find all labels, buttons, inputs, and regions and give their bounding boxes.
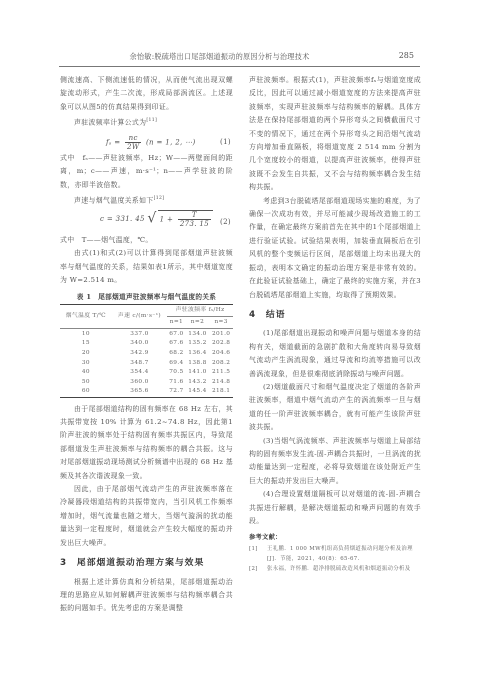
conclusion-item: (2)烟道截面尺寸和烟气温度决定了烟道的各阶声驻波频率，烟道中烟气流动产生的涡流… — [249, 381, 421, 435]
paragraph: 考虑到3台脱硫塔尾部烟道现场实施的难度，为了确保一次成功有效，并尽可能减少现场改… — [249, 195, 421, 302]
paragraph: 声速与烟气温度关系如下[12] — [60, 192, 233, 208]
symbol-definitions: 式中 fₛ——声驻波频率，Hz；W——两壁面间的距离，m；c——声速，m·s⁻¹… — [60, 152, 233, 192]
paragraph: 侧流速高、下侧流速低的情况，从而使气流出现双螺旋流动形式，产生二次流，形成局部涡… — [60, 74, 233, 114]
references-heading: 参考文献： — [249, 532, 421, 544]
table-row: 10337.067.0134.0201.0 — [60, 329, 233, 339]
table-row: 15340.067.6135.2202.8 — [60, 339, 233, 349]
running-header: 余怡敏:脱硫塔出口尾部烟道振动的原因分析与治理技术 285 — [59, 50, 420, 67]
paragraph: 由于尾部烟道结构的固有频率在 68 Hz 左右，其共振带宽按 10% 计算为 6… — [60, 403, 233, 483]
citation: [11] — [146, 118, 157, 123]
table-row: 20342.968.2136.4204.6 — [60, 349, 233, 359]
table-row: 40354.470.5141.0211.5 — [60, 368, 233, 378]
left-column: 侧流速高、下侧流速低的情况，从而使气流出现双螺旋流动形式，产生二次流，形成局部涡… — [60, 74, 233, 616]
column-group-header: 声驻波频率 fₛ/Hz — [167, 305, 233, 317]
table-row: 30348.769.4138.8208.2 — [60, 358, 233, 368]
equation-number: (2) — [220, 216, 231, 229]
column-header: n=3 — [209, 317, 233, 329]
column-header: n=2 — [186, 317, 210, 329]
data-table: 烟气温度 T/℃ 声速 c/(m·s⁻¹) 声驻波频率 fₛ/Hz n=1 n=… — [60, 304, 233, 397]
conclusion-item: (1)尾部烟道出现振动和噪声问题与烟道本身的结构有关，烟道截面的急剧扩散和大角度… — [249, 327, 421, 381]
section-heading: 3 尾部烟道振动治理方案与效果 — [60, 557, 233, 570]
paragraph: 声驻波频率。根据式(1)，声驻波频率fₛ与烟道宽度成反比，因此可以通过减小烟道宽… — [249, 74, 421, 195]
reference-item: [2] 张永福，许怀鹏．超净排脱硫改造风机和烟道振动分析及 — [249, 564, 421, 574]
symbol-definitions: 式中 T——烟气温度，℃。 — [60, 234, 233, 247]
right-column: 声驻波频率。根据式(1)，声驻波频率fₛ与烟道宽度成反比，因此可以通过减小烟道宽… — [249, 74, 421, 574]
sqrt-symbol: √ — [147, 210, 156, 226]
column-header: n=1 — [167, 317, 185, 329]
equation-2: c = 331. 45 √ 1 + T 273. 15 (2) — [60, 209, 233, 233]
citation: [12] — [154, 196, 165, 201]
reference-item: [1] 王礼鹏．1 000 MW机组高负荷烟道振动问题分析及治理[J]．节能，2… — [249, 544, 421, 564]
running-title: 余怡敏:脱硫塔出口尾部烟道振动的原因分析与治理技术 — [59, 52, 380, 62]
equation-1: fₛ = nc 2W (n = 1, 2, ⋯) (1) — [60, 131, 233, 151]
page-number: 285 — [399, 51, 414, 60]
table-caption: 表 1 尾部烟道声驻波频率与烟气温度的关系 — [60, 291, 233, 303]
paragraph: 由式(1)和式(2)可以计算得到尾部烟道声驻波频率与烟气温度的关系，结果如表1所… — [60, 247, 233, 287]
table-row: 50360.071.6143.2214.8 — [60, 377, 233, 387]
section-heading: 4 结语 — [249, 309, 421, 322]
paragraph: 根据上述计算仿真和分析结果，尾部烟道振动治理的思路应从如何解耦声驻波频率与结构频… — [60, 576, 233, 616]
conclusion-item: (4)合理设置烟道隔板可以对烟道的流-固-声耦合共振进行解耦，是解决烟道振动和噪… — [249, 488, 421, 528]
equation-number: (1) — [220, 136, 231, 149]
paragraph: 声驻波频率计算公式为[11] — [60, 114, 233, 130]
conclusion-item: (3)当烟气涡流频率、声驻波频率与烟道上局部结构的固有频率发生流-固-声耦合共振… — [249, 435, 421, 489]
paragraph: 因此，由于尾部烟气流动产生的声驻波频率落在冷凝器段烟道结构的共振带宽内，当引风机… — [60, 483, 233, 550]
column-header: 烟气温度 T/℃ — [60, 305, 112, 329]
table-row: 60365.672.7145.4218.1 — [60, 387, 233, 397]
column-header: 声速 c/(m·s⁻¹) — [112, 305, 167, 329]
